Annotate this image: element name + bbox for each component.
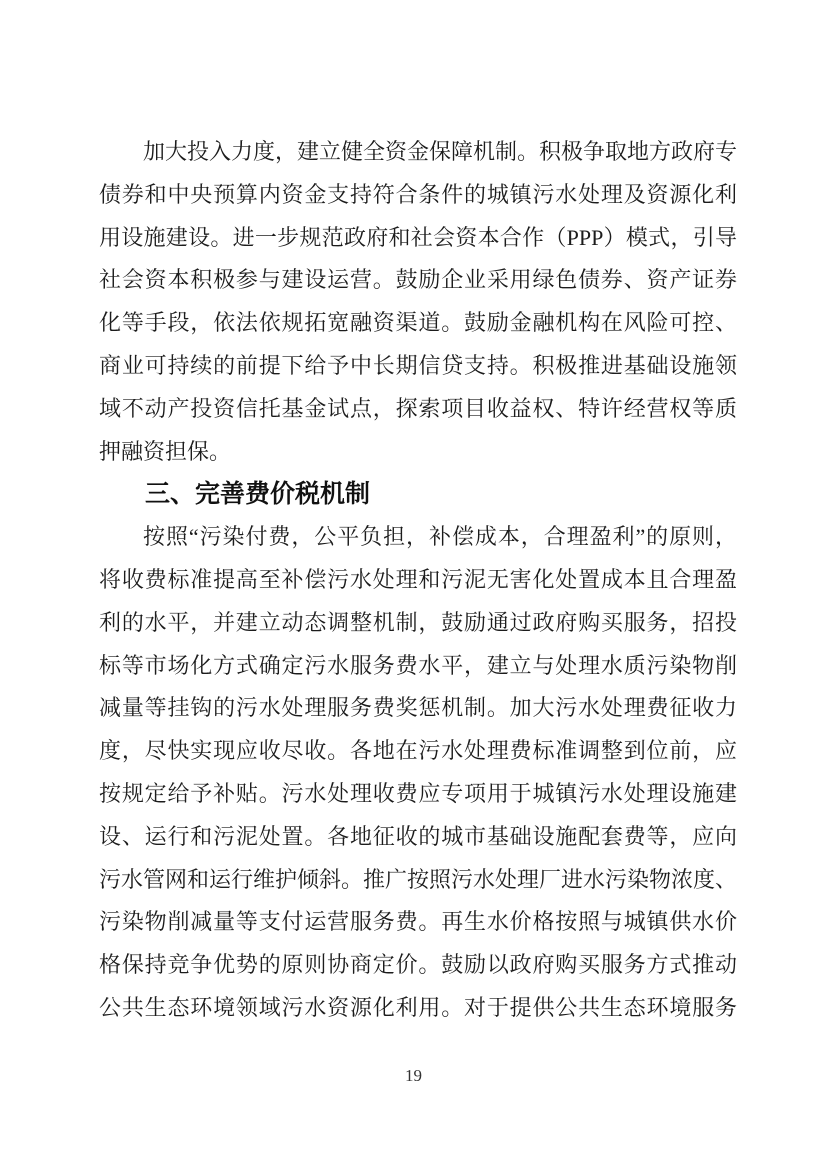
text-line: 按规定给予补贴。污水处理收费应专项用于城镇污水处理设施建 <box>99 773 737 816</box>
page-number: 19 <box>0 1066 827 1086</box>
section-heading: 三、完善费价税机制 <box>99 473 737 516</box>
text-line: 污水管网和运行维护倾斜。推广按照污水处理厂进水污染物浓度、 <box>99 859 737 902</box>
text-line: 按照“污染付费，公平负担，补偿成本，合理盈利”的原则， <box>99 516 737 559</box>
text-line: 设、运行和污泥处置。各地征收的城市基础设施配套费等，应向 <box>99 816 737 859</box>
paragraph-fee-price-tax-mechanism: 按照“污染付费，公平负担，补偿成本，合理盈利”的原则， 将收费标准提高至补偿污水… <box>99 516 737 1030</box>
text-line: 商业可持续的前提下给予中长期信贷支持。积极推进基础设施领 <box>99 345 737 388</box>
text-line: 公共生态环境领域污水资源化利用。对于提供公共生态环境服务 <box>99 987 737 1030</box>
document-page: 加大投入力度，建立健全资金保障机制。积极争取地方政府专项 债券和中央预算内资金支… <box>0 0 827 1169</box>
text-line: 押融资担保。 <box>99 431 737 474</box>
document-body: 加大投入力度，建立健全资金保障机制。积极争取地方政府专项 债券和中央预算内资金支… <box>99 131 737 1030</box>
text-line: 社会资本积极参与建设运营。鼓励企业采用绿色债券、资产证券 <box>99 259 737 302</box>
text-line: 度，尽快实现应收尽收。各地在污水处理费标准调整到位前，应 <box>99 730 737 773</box>
text-line: 污染物削减量等支付运营服务费。再生水价格按照与城镇供水价 <box>99 901 737 944</box>
text-line: 化等手段，依法依规拓宽融资渠道。鼓励金融机构在风险可控、 <box>99 302 737 345</box>
text-line: 格保持竞争优势的原则协商定价。鼓励以政府购买服务方式推动 <box>99 944 737 987</box>
text-line: 债券和中央预算内资金支持符合条件的城镇污水处理及资源化利 <box>99 174 737 217</box>
text-line: 域不动产投资信托基金试点，探索项目收益权、特许经营权等质 <box>99 388 737 431</box>
text-line: 将收费标准提高至补偿污水处理和污泥无害化处置成本且合理盈 <box>99 559 737 602</box>
text-line: 标等市场化方式确定污水服务费水平，建立与处理水质污染物削 <box>99 645 737 688</box>
text-line: 用设施建设。进一步规范政府和社会资本合作（PPP）模式，引导 <box>99 217 737 260</box>
text-line: 加大投入力度，建立健全资金保障机制。积极争取地方政府专项 <box>99 131 737 174</box>
paragraph-funding-mechanism: 加大投入力度，建立健全资金保障机制。积极争取地方政府专项 债券和中央预算内资金支… <box>99 131 737 473</box>
text-line: 利的水平，并建立动态调整机制，鼓励通过政府购买服务，招投 <box>99 602 737 645</box>
text-line: 减量等挂钩的污水处理服务费奖惩机制。加大污水处理费征收力 <box>99 687 737 730</box>
